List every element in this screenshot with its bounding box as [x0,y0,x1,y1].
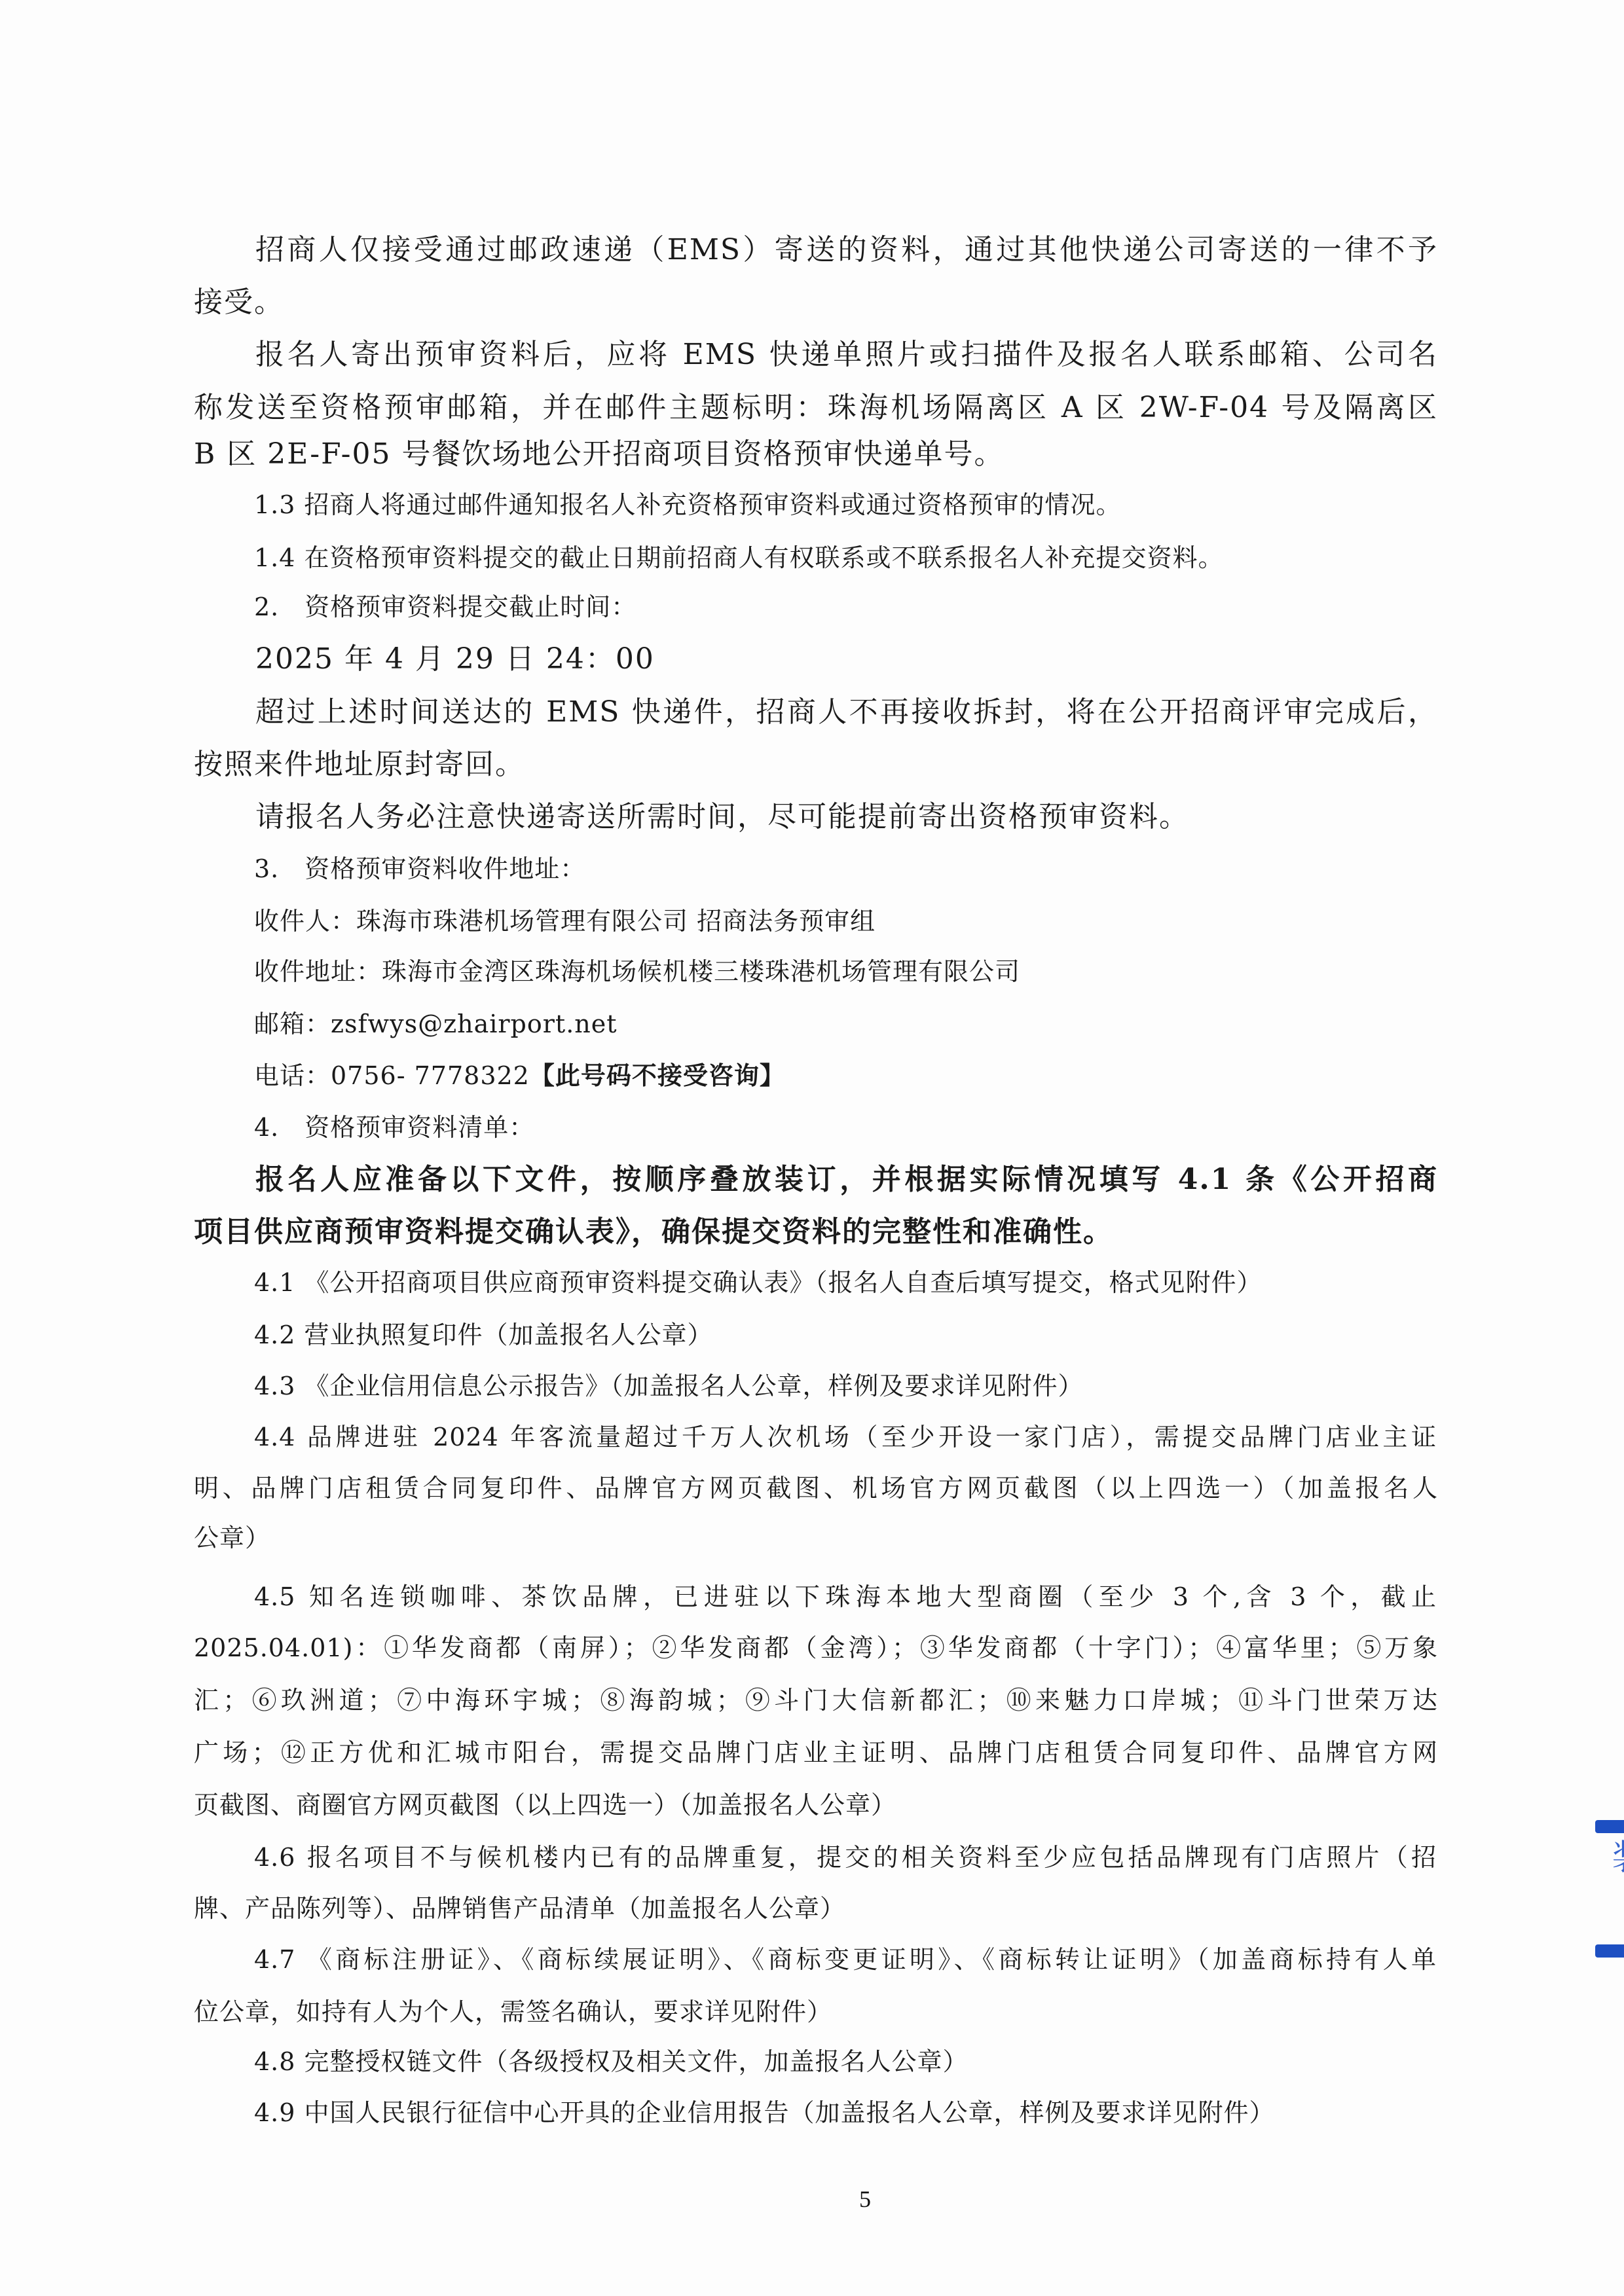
item-4-5-line1: 4.5 知名连锁咖啡、茶饮品牌，已进驻以下珠海本地大型商圈（至少 3 个,含 3… [254,1584,1437,1609]
item-4-1: 4.1 《公开招商项目供应商预审资料提交确认表》（报名人自查后填写提交，格式见附… [254,1270,1263,1295]
phone-number: 电话：0756- 7778322 [254,1061,530,1090]
item-4-2: 4.2 营业执照复印件（加盖报名人公章） [254,1322,713,1347]
recipient-phone: 电话：0756- 7778322【此号码不接受咨询】 [254,1063,785,1088]
binding-stamp-glyph: 装 [1602,1838,1624,1874]
item-4-7-line2: 位公章，如持有人为个人，需签名确认，要求详见附件） [194,1999,832,2024]
item-4-5-line2: 2025.04.01)：①华发商都（南屏）；②华发商都（金湾）；③华发商都（十字… [194,1635,1438,1660]
late-delivery-line2: 按照来件地址原封寄回。 [194,750,525,779]
binding-stamp-bottom-mark [1595,1944,1624,1958]
phone-no-inquiry-note: 【此号码不接受咨询】 [530,1061,785,1090]
item-4-3: 4.3 《企业信用信息公示报告》（加盖报名人公章，样例及要求详见附件） [254,1374,1084,1398]
paragraph-send-tracking-line2: 称发送至资格预审邮箱，并在邮件主题标明：珠海机场隔离区 A 区 2W-F-04 … [194,393,1438,422]
paragraph-ems-only-line2: 接受。 [194,288,284,317]
section-3-heading: 3. 资格预审资料收件地址： [254,856,585,881]
paragraph-ems-only-line1: 招商人仅接受通过邮政速递（EMS）寄送的资料，通过其他快递公司寄送的一律不予 [255,236,1438,264]
item-1-3: 1.3 招商人将通过邮件通知报名人补充资格预审资料或通过资格预审的情况。 [254,492,1122,517]
document-page: 招商人仅接受通过邮政速递（EMS）寄送的资料，通过其他快递公司寄送的一律不予 接… [0,0,1624,2296]
recipient-name: 收件人：珠海市珠港机场管理有限公司 招商法务预审组 [254,909,876,934]
page-number: 5 [859,2185,871,2213]
binding-stamp-top-mark [1595,1820,1624,1833]
item-4-8: 4.8 完整授权链文件（各级授权及相关文件，加盖报名人公章） [254,2049,969,2074]
preparation-instructions-line1: 报名人应准备以下文件，按顺序叠放装订，并根据实际情况填写 4.1 条《公开招商 [255,1165,1438,1194]
deadline-datetime: 2025 年 4 月 29 日 24：00 [255,645,655,674]
section-4-heading: 4. 资格预审资料清单： [254,1115,534,1140]
section-2-heading: 2. 资格预审资料提交截止时间： [254,594,637,619]
item-4-4-line1: 4.4 品牌进驻 2024 年客流量超过千万人次机场（至少开设一家门店），需提交… [254,1425,1437,1449]
item-4-6-line1: 4.6 报名项目不与候机楼内已有的品牌重复，提交的相关资料至少应包括品牌现有门店… [254,1845,1437,1870]
recipient-email: 邮箱：zsfwys@zhairport.net [254,1011,618,1036]
item-4-5-line3: 汇；⑥玖洲道；⑦中海环宇城；⑧海韵城；⑨斗门大信新都汇；⑩来魅力口岸城；⑪斗门世… [194,1688,1438,1713]
paragraph-send-tracking-line1: 报名人寄出预审资料后，应将 EMS 快递单照片或扫描件及报名人联系邮箱、公司名 [255,340,1438,369]
item-4-4-line2: 明、品牌门店租赁合同复印件、品牌官方网页截图、机场官方网页截图（以上四选一）（加… [194,1476,1438,1501]
shipping-time-notice: 请报名人务必注意快递寄送所需时间，尽可能提前寄出资格预审资料。 [255,803,1189,831]
item-4-5-line4: 广场；⑫正方优和汇城市阳台，需提交品牌门店业主证明、品牌门店租赁合同复印件、品牌… [194,1740,1438,1765]
item-4-6-line2: 牌、产品陈列等）、品牌销售产品清单（加盖报名人公章） [194,1896,845,1921]
item-4-9: 4.9 中国人民银行征信中心开具的企业信用报告（加盖报名人公章，样例及要求详见附… [254,2100,1275,2125]
preparation-instructions-line2: 项目供应商预审资料提交确认表》，确保提交资料的完整性和准确性。 [194,1218,1113,1247]
recipient-address: 收件地址：珠海市金湾区珠海机场候机楼三楼珠港机场管理有限公司 [254,959,1020,984]
item-4-4-line3: 公章） [194,1525,270,1550]
late-delivery-line1: 超过上述时间送达的 EMS 快递件，招商人不再接收拆封，将在公开招商评审完成后， [255,698,1438,727]
item-1-4: 1.4 在资格预审资料提交的截止日期前招商人有权联系或不联系报名人补充提交资料。 [254,545,1224,570]
paragraph-send-tracking-line3: B 区 2E-F-05 号餐饮场地公开招商项目资格预审快递单号。 [194,440,1005,469]
item-4-7-line1: 4.7 《商标注册证》、《商标续展证明》、《商标变更证明》、《商标转让证明》（加… [254,1947,1437,1972]
item-4-5-line5: 页截图、商圈官方网页截图（以上四选一）（加盖报名人公章） [194,1793,896,1817]
